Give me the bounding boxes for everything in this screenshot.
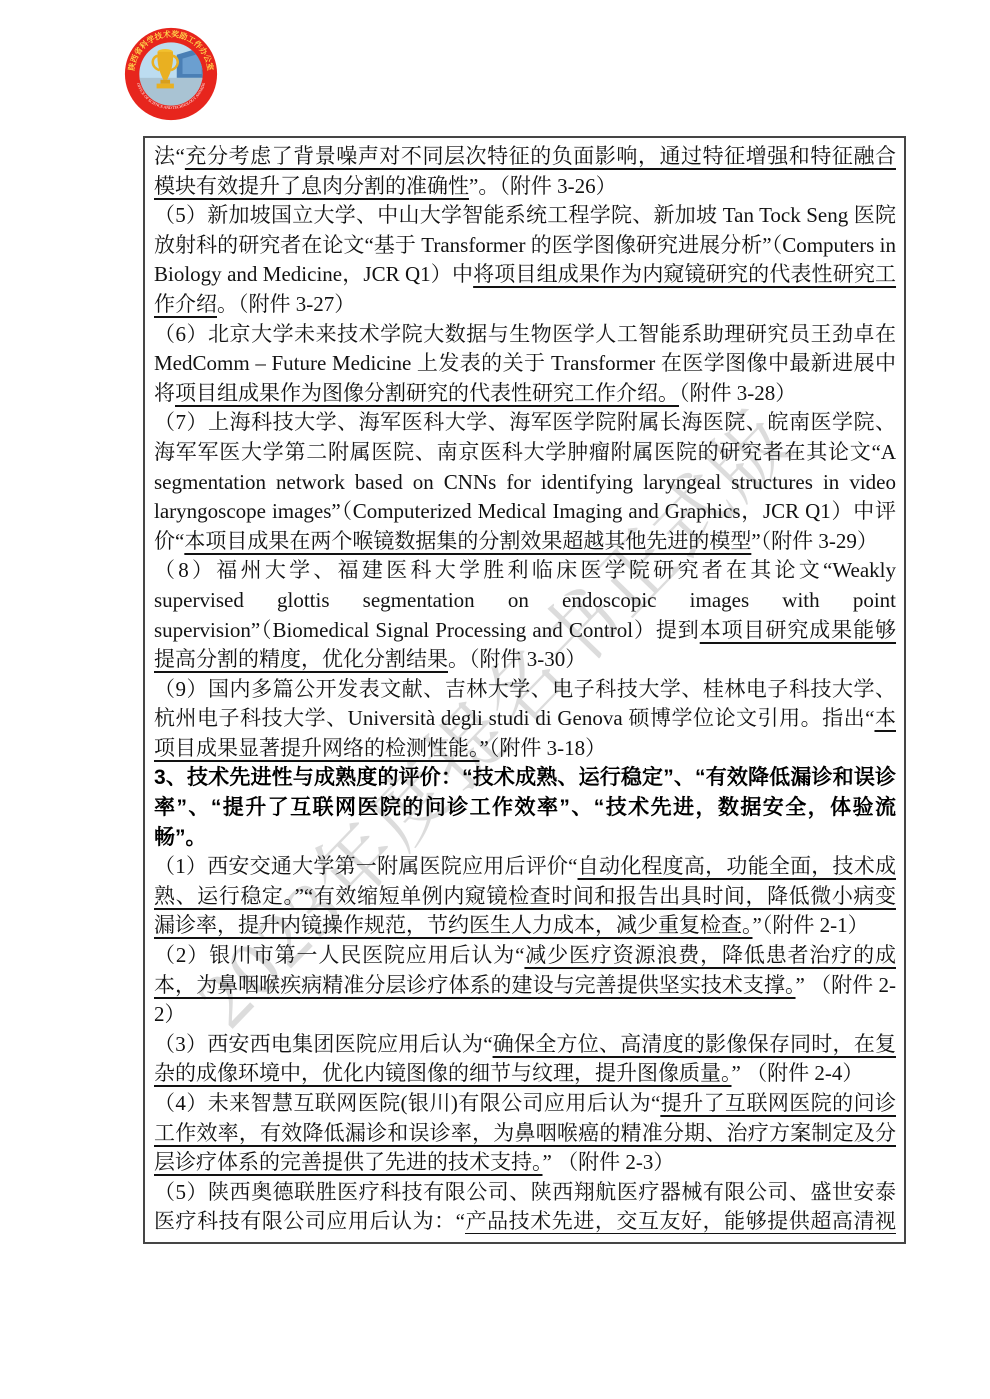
plain-text: （3）西安西电集团医院应用后认为“ bbox=[154, 1032, 493, 1056]
attachment-ref: 。（附件 3-27） bbox=[217, 292, 355, 316]
attachment-ref: ” （附件 2-3） bbox=[543, 1150, 675, 1174]
plain-text: 法“ bbox=[154, 144, 185, 168]
attachment-ref: ”。（附件 3-26） bbox=[469, 174, 617, 198]
attachment-ref: ”（附件 3-29） bbox=[751, 529, 878, 553]
section-heading: 3、技术先进性与成熟度的评价：“技术成熟、运行稳定”、“有效降低漏诊和误诊率”、… bbox=[154, 763, 896, 852]
plain-text: （1）西安交通大学第一附属医院应用后评价“ bbox=[154, 854, 578, 878]
paragraph-continuation: 法“充分考虑了背景噪声对不同层次特征的负面影响，通过特征增强和特征融合模块有效提… bbox=[154, 142, 896, 201]
paragraph-item-8: （8）福州大学、福建医科大学胜利临床医学院研究者在其论文“Weakly supe… bbox=[154, 556, 896, 674]
attachment-ref: （附件 3-28） bbox=[679, 381, 796, 405]
paragraph-item-6: （6）北京大学未来技术学院大数据与生物医学人工智能系助理研究员王劲卓在 MedC… bbox=[154, 320, 896, 409]
attachment-ref: ” （附件 2-4） bbox=[732, 1061, 864, 1085]
paragraph-item-9: （9）国内多篇公开发表文献、吉林大学、电子科技大学、桂林电子科技大学、杭州电子科… bbox=[154, 675, 896, 764]
paragraph-eval-2: （2）银川市第一人民医院应用后认为“减少医疗资源浪费，降低患者治疗的成本，为鼻咽… bbox=[154, 941, 896, 1030]
plain-text: （4）未来智慧互联网医院(银川)有限公司应用后认为“ bbox=[154, 1091, 660, 1115]
heading-text: 3、技术先进性与成熟度的评价：“技术成熟、运行稳定”、“有效降低漏诊和误诊率”、… bbox=[154, 766, 896, 848]
plain-text: （9）国内多篇公开发表文献、吉林大学、电子科技大学、桂林电子科技大学、杭州电子科… bbox=[154, 677, 896, 731]
paragraph-item-7: （7）上海科技大学、海军医科大学、海军医学院附属长海医院、皖南医学院、海军军医大… bbox=[154, 408, 896, 556]
underlined-text: 项目组成果作为图像分割研究的代表性研究工作介绍。 bbox=[175, 381, 679, 405]
paragraph-eval-3: （3）西安西电集团医院应用后认为“确保全方位、高清度的影像保存同时，在复杂的成像… bbox=[154, 1030, 896, 1089]
attachment-ref: ”（附件 2-1） bbox=[753, 913, 869, 937]
underlined-text: 本项目成果在两个喉镜数据集的分割效果超越其他先进的模型 bbox=[184, 529, 751, 553]
paragraph-eval-1: （1）西安交通大学第一附属医院应用后评价“自动化程度高，功能全面，技术成熟、运行… bbox=[154, 852, 896, 941]
paragraph-item-5: （5）新加坡国立大学、中山大学智能系统工程学院、新加坡 Tan Tock Sen… bbox=[154, 201, 896, 319]
table-cell-border: 法“充分考虑了背景噪声对不同层次特征的负面影响，通过特征增强和特征融合模块有效提… bbox=[143, 136, 906, 1244]
paragraph-eval-5: （5）陕西奥德联胜医疗科技有限公司、陕西翔航医疗器械有限公司、盛世安泰医疗科技有… bbox=[154, 1178, 896, 1234]
attachment-ref: 。（附件 3-30） bbox=[448, 647, 586, 671]
attachment-ref: ”（附件 3-18） bbox=[480, 736, 607, 760]
table-cell-content: 法“充分考虑了背景噪声对不同层次特征的负面影响，通过特征增强和特征融合模块有效提… bbox=[145, 138, 904, 1234]
paragraph-eval-4: （4）未来智慧互联网医院(银川)有限公司应用后认为“提升了互联网医院的问诊工作效… bbox=[154, 1089, 896, 1178]
plain-text: （2）银川市第一人民医院应用后认为“ bbox=[154, 943, 524, 967]
award-seal-logo: 陕西省科学技术奖励工作办公室 OFFICE OF SCIENCE AND TEC… bbox=[123, 26, 219, 122]
document-page: 陕西省科学技术奖励工作办公室 OFFICE OF SCIENCE AND TEC… bbox=[0, 0, 990, 1399]
